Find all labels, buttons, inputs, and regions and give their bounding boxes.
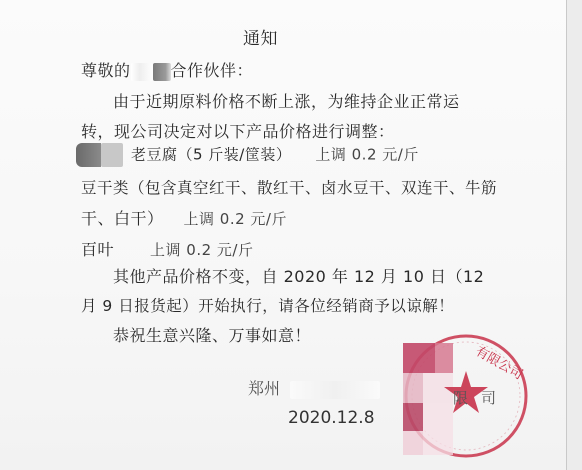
item-row-3: 百叶上调 0.2 元/斤	[81, 237, 253, 260]
company-seal-stamp: 限 司 有限公司	[403, 333, 529, 459]
salutation: 尊敬的合作伙伴：	[81, 58, 253, 81]
signature-company: 郑州	[248, 376, 380, 399]
item-adjustment: 上调 0.2 元/斤	[150, 241, 253, 259]
stamp-center-text: 限	[453, 389, 468, 407]
redacted-region	[153, 63, 171, 81]
item-row-1: 老豆腐（5 斤装/筐装）上调 0.2 元/斤	[76, 143, 419, 167]
document-title: 通知	[243, 24, 278, 49]
item-adjustment: 上调 0.2 元/斤	[315, 146, 418, 164]
item-row-2-line-2: 干、白干）上调 0.2 元/斤	[81, 206, 287, 229]
paragraph-1-line-1: 由于近期原料价格不断上涨，为维持企业正常运	[113, 89, 460, 112]
redacted-region	[101, 143, 123, 167]
background-strip	[567, 0, 582, 470]
item-row-2-line-1: 豆干类（包含真空红干、散红干、卤水豆干、双连干、牛筋	[81, 176, 497, 198]
signature-prefix: 郑州	[248, 379, 280, 398]
salutation-suffix: 合作伙伴：	[171, 61, 254, 80]
item-name: 干、白干）	[81, 209, 164, 228]
redacted-region	[76, 143, 101, 167]
paragraph-2-line-2: 月 9 日报货起）开始执行，请各位经销商予以谅解！	[81, 294, 454, 316]
paragraph-1-line-2: 转，现公司决定对以下产品价格进行调整：	[81, 119, 395, 142]
svg-text:司: 司	[481, 389, 496, 407]
salutation-prefix: 尊敬的	[81, 61, 131, 80]
document-date: 2020.12.8	[288, 408, 375, 428]
closing-greeting: 恭祝生意兴隆、万事如意！	[113, 323, 311, 346]
item-adjustment: 上调 0.2 元/斤	[184, 210, 287, 228]
redacted-region	[290, 381, 380, 399]
redacted-region	[131, 63, 153, 81]
paragraph-2-line-1: 其他产品价格不变，自 2020 年 12 月 10 日（12	[113, 264, 484, 287]
item-name: 老豆腐（5 斤装/筐装）	[131, 146, 291, 164]
item-name: 百叶	[81, 240, 114, 259]
